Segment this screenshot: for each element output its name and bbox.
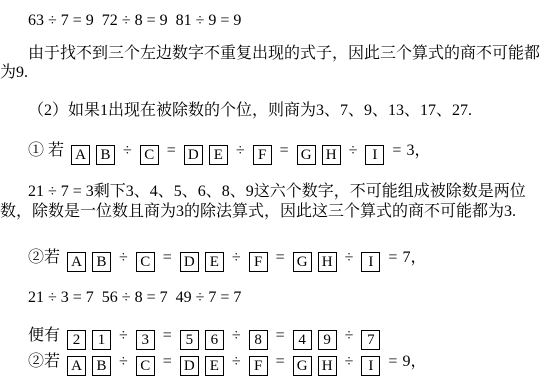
- boxed-character: I: [361, 252, 380, 272]
- boxed-character: 4: [293, 330, 312, 350]
- boxed-character: G: [293, 356, 312, 376]
- equation-solution-digits: 便有 21÷3=56÷8=49÷7: [28, 324, 383, 348]
- boxed-character: A: [71, 145, 90, 165]
- document-page: 63 ÷ 7 = 9 72 ÷ 8 = 9 81 ÷ 9 = 9由于找不到三个左…: [0, 0, 543, 382]
- operator-symbol: =: [388, 249, 397, 266]
- boxed-character: 8: [249, 330, 268, 350]
- boxed-character: F: [253, 145, 272, 165]
- paragraph-conclusion-9-line2: 为9.: [0, 63, 28, 82]
- operator-symbol: =: [388, 353, 397, 370]
- boxed-character: 2: [67, 330, 86, 350]
- boxed-character: 5: [180, 330, 199, 350]
- operator-symbol: ÷: [345, 327, 354, 344]
- operator-symbol: ÷: [236, 142, 245, 159]
- operator-symbol: =: [392, 142, 401, 159]
- boxed-character: H: [318, 252, 337, 272]
- boxed-character: I: [365, 145, 384, 165]
- paragraph-conclusion-3-line2: 数，除数是一位数且商为3的除法算式，因此这三个算式的商不可能都为3.: [0, 202, 516, 221]
- operator-symbol: ÷: [232, 353, 241, 370]
- equation-text: 便有: [28, 327, 64, 344]
- boxed-character: 3: [136, 330, 155, 350]
- boxed-character: A: [67, 252, 86, 272]
- case-2-heading: （2）如果1出现在被除数的个位，则商为3、7、9、13、17、27.: [28, 101, 472, 120]
- boxed-character: H: [322, 145, 341, 165]
- operator-symbol: ÷: [349, 142, 358, 159]
- boxed-character: 9: [318, 330, 337, 350]
- boxed-character: B: [92, 252, 111, 272]
- operator-symbol: ÷: [232, 327, 241, 344]
- boxed-character: H: [318, 356, 337, 376]
- boxed-character: 6: [205, 330, 224, 350]
- operator-symbol: =: [163, 327, 172, 344]
- boxed-character: D: [184, 145, 203, 165]
- operator-symbol: ÷: [232, 249, 241, 266]
- paragraph-conclusion-9-line1: 由于找不到三个左边数字不重复出现的式子，因此三个算式的商不可能都: [28, 44, 540, 63]
- boxed-character: D: [180, 252, 199, 272]
- boxed-character: C: [140, 145, 159, 165]
- boxed-character: E: [209, 145, 228, 165]
- equation-text: 3，: [406, 142, 430, 159]
- operator-symbol: =: [163, 249, 172, 266]
- boxed-character: D: [180, 356, 199, 376]
- boxed-character: C: [136, 252, 155, 272]
- operator-symbol: ÷: [345, 353, 354, 370]
- operator-symbol: ÷: [119, 249, 128, 266]
- equation-text: ① 若: [28, 142, 68, 159]
- operator-symbol: =: [163, 353, 172, 370]
- equation-text: ②若: [28, 249, 64, 266]
- boxed-character: 1: [92, 330, 111, 350]
- boxed-character: 7: [361, 330, 380, 350]
- boxed-character: A: [67, 356, 86, 376]
- equation-case-1-quotient-3: ① 若 AB÷C=DE÷F=GH÷I=3，: [28, 139, 430, 163]
- operator-symbol: ÷: [119, 353, 128, 370]
- equation-case-quotient-9: ②若 AB÷C=DE÷F=GH÷I=9，: [28, 350, 426, 374]
- math-line-quotient-7: 21 ÷ 3 = 7 56 ÷ 8 = 7 49 ÷ 7 = 7: [28, 288, 241, 307]
- operator-symbol: =: [276, 327, 285, 344]
- equation-text: ②若: [28, 353, 64, 370]
- operator-symbol: =: [276, 353, 285, 370]
- boxed-character: G: [293, 252, 312, 272]
- boxed-character: E: [205, 356, 224, 376]
- boxed-character: C: [136, 356, 155, 376]
- equation-text: 9，: [402, 353, 426, 370]
- boxed-character: B: [96, 145, 115, 165]
- operator-symbol: =: [280, 142, 289, 159]
- math-line-quotient-9: 63 ÷ 7 = 9 72 ÷ 8 = 9 81 ÷ 9 = 9: [28, 11, 241, 30]
- operator-symbol: ÷: [345, 249, 354, 266]
- boxed-character: G: [297, 145, 316, 165]
- boxed-character: F: [249, 252, 268, 272]
- boxed-character: E: [205, 252, 224, 272]
- paragraph-conclusion-3-line1: 21 ÷ 7 = 3剩下3、4、5、6、8、9这六个数字，不可能组成被除数是两位: [28, 182, 526, 201]
- operator-symbol: ÷: [123, 142, 132, 159]
- operator-symbol: =: [167, 142, 176, 159]
- boxed-character: I: [361, 356, 380, 376]
- operator-symbol: ÷: [119, 327, 128, 344]
- equation-text: 7，: [402, 249, 426, 266]
- operator-symbol: =: [276, 249, 285, 266]
- equation-case-2-quotient-7: ②若 AB÷C=DE÷F=GH÷I=7，: [28, 246, 426, 270]
- boxed-character: F: [249, 356, 268, 376]
- boxed-character: B: [92, 356, 111, 376]
